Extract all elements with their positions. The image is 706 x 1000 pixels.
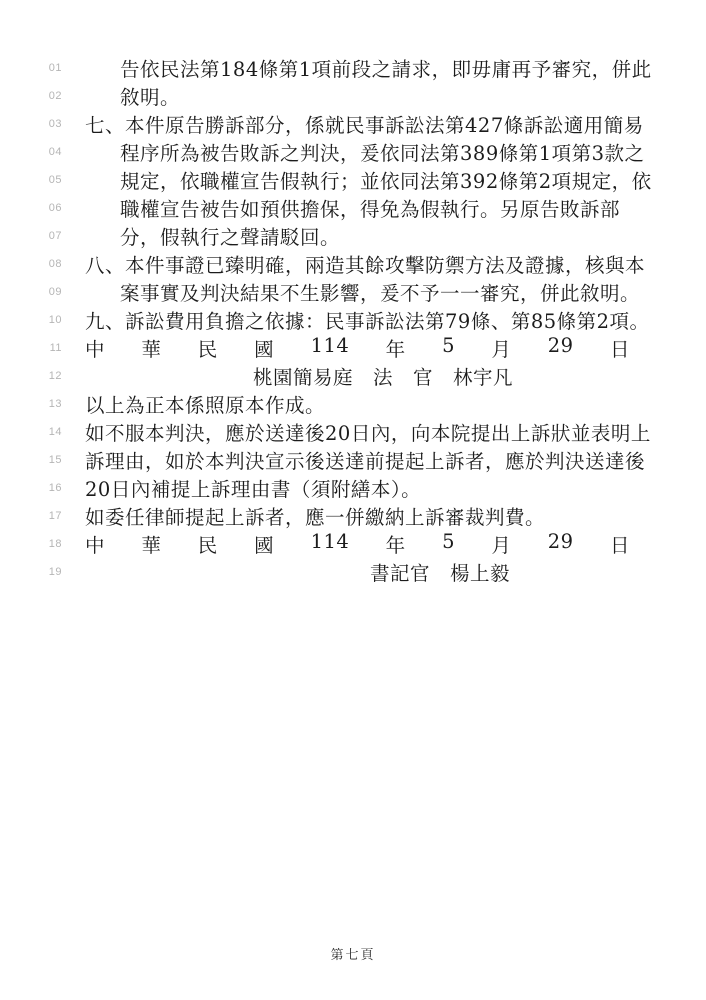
judgment-page: 01 告依民法第184條第1項前段之請求，即毋庸再予審究，併此 02 敘明。 0… [0, 0, 706, 1000]
line-text: 職權宣告被告如預供擔保，得免為假執行。另原告敗訴部 [120, 194, 620, 222]
date-token: 29 [548, 530, 574, 558]
date-token: 中 [85, 334, 105, 362]
line-row: 16 20日內補提上訴理由書（須附繕本）。 [0, 474, 706, 502]
line-number: 17 [0, 510, 62, 522]
line-row: 08 八、本件事證已臻明確，兩造其餘攻擊防禦方法及證據，核與本 [0, 250, 706, 278]
line-number: 12 [0, 370, 62, 382]
line-number: 09 [0, 286, 62, 298]
line-text: 程序所為被告敗訴之判決，爰依同法第389條第1項第3款之 [120, 138, 645, 166]
line-row: 19 書記官 楊上毅 [0, 558, 706, 586]
date-token: 114 [311, 334, 350, 362]
date-token: 國 [254, 530, 274, 558]
date-token: 114 [311, 530, 350, 558]
line-text: 如委任律師提起上訴者，應一併繳納上訴審裁判費。 [85, 502, 545, 530]
date-token: 國 [254, 334, 274, 362]
date-token: 年 [386, 334, 406, 362]
line-number: 05 [0, 174, 62, 186]
line-number: 11 [0, 342, 62, 354]
line-row: 04 程序所為被告敗訴之判決，爰依同法第389條第1項第3款之 [0, 138, 706, 166]
judgment-body: 01 告依民法第184條第1項前段之請求，即毋庸再予審究，併此 02 敘明。 0… [0, 54, 706, 586]
date-token: 月 [491, 334, 511, 362]
date-token: 華 [141, 530, 161, 558]
line-row: 17 如委任律師提起上訴者，應一併繳納上訴審裁判費。 [0, 502, 706, 530]
line-text: 八、本件事證已臻明確，兩造其餘攻擊防禦方法及證據，核與本 [85, 250, 645, 278]
date-line: 中 華 民 國 114 年 5 月 29 日 [85, 334, 630, 362]
line-row: 13 以上為正本係照原本作成。 [0, 390, 706, 418]
line-text: 如不服本判決，應於送達後20日內，向本院提出上訴狀並表明上 [85, 418, 651, 446]
line-number: 01 [0, 62, 62, 74]
date-line: 中 華 民 國 114 年 5 月 29 日 [85, 530, 630, 558]
date-token: 29 [548, 334, 574, 362]
line-number: 07 [0, 230, 62, 242]
date-token: 日 [610, 334, 630, 362]
line-row: 03 七、本件原告勝訴部分，係就民事訴訟法第427條訴訟適用簡易 [0, 110, 706, 138]
line-row: 02 敘明。 [0, 82, 706, 110]
date-token: 5 [442, 530, 455, 558]
line-row: 11 中 華 民 國 114 年 5 月 29 日 [0, 334, 706, 362]
line-text: 以上為正本係照原本作成。 [85, 390, 325, 418]
line-number: 04 [0, 146, 62, 158]
date-token: 民 [198, 530, 218, 558]
line-number: 02 [0, 90, 62, 102]
line-text: 規定，依職權宣告假執行；並依同法第392條第2項規定，依 [120, 166, 652, 194]
line-number: 10 [0, 314, 62, 326]
line-row: 06 職權宣告被告如預供擔保，得免為假執行。另原告敗訴部 [0, 194, 706, 222]
line-text: 九、訴訟費用負擔之依據：民事訴訟法第79條、第85條第2項。 [85, 306, 650, 334]
line-number: 16 [0, 482, 62, 494]
line-number: 08 [0, 258, 62, 270]
line-row: 10 九、訴訟費用負擔之依據：民事訴訟法第79條、第85條第2項。 [0, 306, 706, 334]
line-number: 06 [0, 202, 62, 214]
line-row: 07 分，假執行之聲請駁回。 [0, 222, 706, 250]
line-number: 14 [0, 426, 62, 438]
line-number: 13 [0, 398, 62, 410]
line-row: 15 訴理由，如於本判決宣示後送達前提起上訴者，應於判決送達後 [0, 446, 706, 474]
line-row: 09 案事實及判決結果不生影響，爰不予一一審究，併此敘明。 [0, 278, 706, 306]
date-token: 華 [141, 334, 161, 362]
line-text: 告依民法第184條第1項前段之請求，即毋庸再予審究，併此 [120, 54, 652, 82]
judge-signature-line: 桃園簡易庭 法 官 林宇凡 [253, 362, 513, 390]
line-number: 15 [0, 454, 62, 466]
line-row: 18 中 華 民 國 114 年 5 月 29 日 [0, 530, 706, 558]
date-token: 5 [442, 334, 455, 362]
line-row: 14 如不服本判決，應於送達後20日內，向本院提出上訴狀並表明上 [0, 418, 706, 446]
line-text: 案事實及判決結果不生影響，爰不予一一審究，併此敘明。 [120, 278, 640, 306]
line-row: 01 告依民法第184條第1項前段之請求，即毋庸再予審究，併此 [0, 54, 706, 82]
date-token: 日 [610, 530, 630, 558]
page-footer: 第七頁 [0, 944, 706, 963]
line-text: 七、本件原告勝訴部分，係就民事訴訟法第427條訴訟適用簡易 [85, 110, 644, 138]
line-number: 19 [0, 566, 62, 578]
line-text: 20日內補提上訴理由書（須附繕本）。 [85, 474, 421, 502]
line-text: 訴理由，如於本判決宣示後送達前提起上訴者，應於判決送達後 [85, 446, 645, 474]
date-token: 月 [491, 530, 511, 558]
date-token: 中 [85, 530, 105, 558]
line-text: 敘明。 [120, 82, 180, 110]
line-text: 分，假執行之聲請駁回。 [120, 222, 340, 250]
line-number: 18 [0, 538, 62, 550]
clerk-signature-line: 書記官 楊上毅 [370, 558, 510, 586]
line-row: 05 規定，依職權宣告假執行；並依同法第392條第2項規定，依 [0, 166, 706, 194]
line-row: 12 桃園簡易庭 法 官 林宇凡 [0, 362, 706, 390]
date-token: 民 [198, 334, 218, 362]
date-token: 年 [386, 530, 406, 558]
line-number: 03 [0, 118, 62, 130]
